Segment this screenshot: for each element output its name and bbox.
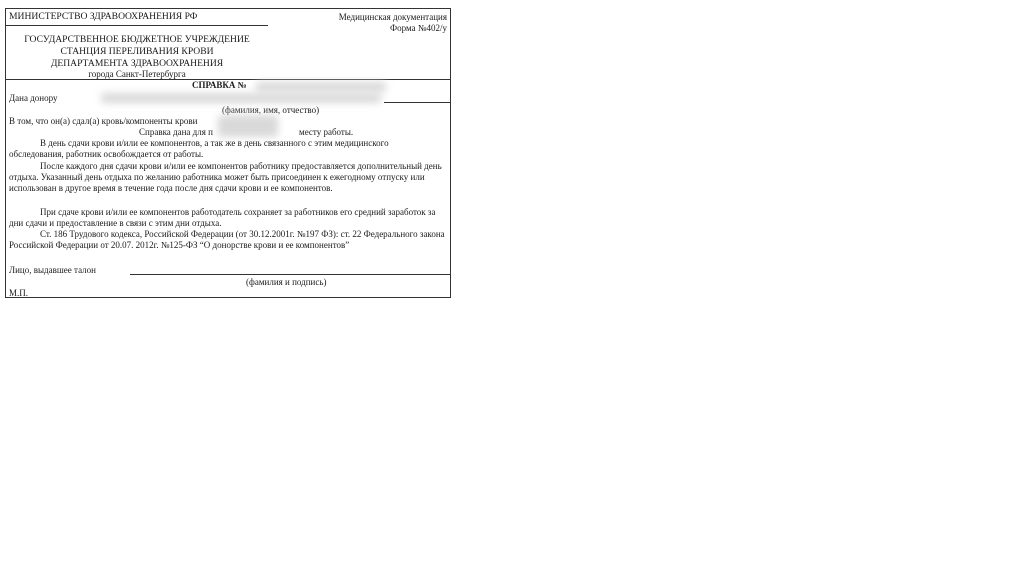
doc-type-label: Медицинская документация (339, 12, 447, 23)
ministry-label: МИНИСТЕРСТВО ЗДРАВООХРАНЕНИЯ РФ (9, 11, 197, 22)
paragraph-average-earnings: При сдаче крови и/или ее компонентов раб… (9, 207, 445, 229)
stamp-label: М.П. (9, 288, 28, 299)
redacted-certificate-number (256, 82, 386, 92)
donor-name-line (384, 102, 450, 103)
paragraph-release-from-work: В день сдачи крови и/или ее компонентов,… (9, 138, 445, 160)
institution-line-2: СТАНЦИЯ ПЕРЕЛИВАНИЯ КРОВИ (6, 46, 268, 57)
redacted-donor-name (101, 93, 381, 103)
paragraph-extra-day-off: После каждого дня сдачи крови и/или ее к… (9, 161, 445, 195)
header-divider (6, 25, 268, 26)
signature-caption: (фамилия и подпись) (246, 277, 326, 288)
redacted-donation-details (218, 115, 278, 137)
given-to-label: Дана донору (9, 93, 57, 104)
issuer-label: Лицо, выдавшее талон (9, 265, 96, 276)
certificate-title: СПРАВКА № (192, 80, 247, 91)
institution-line-3: ДЕПАРТАМЕНТА ЗДРАВООХРАНЕНИЯ (6, 58, 268, 69)
donated-text: В том, что он(а) сдал(а) кровь/компонент… (9, 116, 197, 127)
signature-line (130, 274, 450, 275)
issued-for-suffix: месту работы. (299, 127, 353, 138)
donor-certificate-form: МИНИСТЕРСТВО ЗДРАВООХРАНЕНИЯ РФ Медицинс… (5, 8, 451, 298)
form-number: Форма №402/у (390, 23, 447, 34)
paragraph-legal-basis: Ст. 186 Трудового кодекса, Российской Фе… (9, 229, 445, 251)
issued-for-prefix: Справка дана для п (139, 127, 213, 138)
institution-line-1: ГОСУДАРСТВЕННОЕ БЮДЖЕТНОЕ УЧРЕЖДЕНИЕ (6, 34, 268, 45)
